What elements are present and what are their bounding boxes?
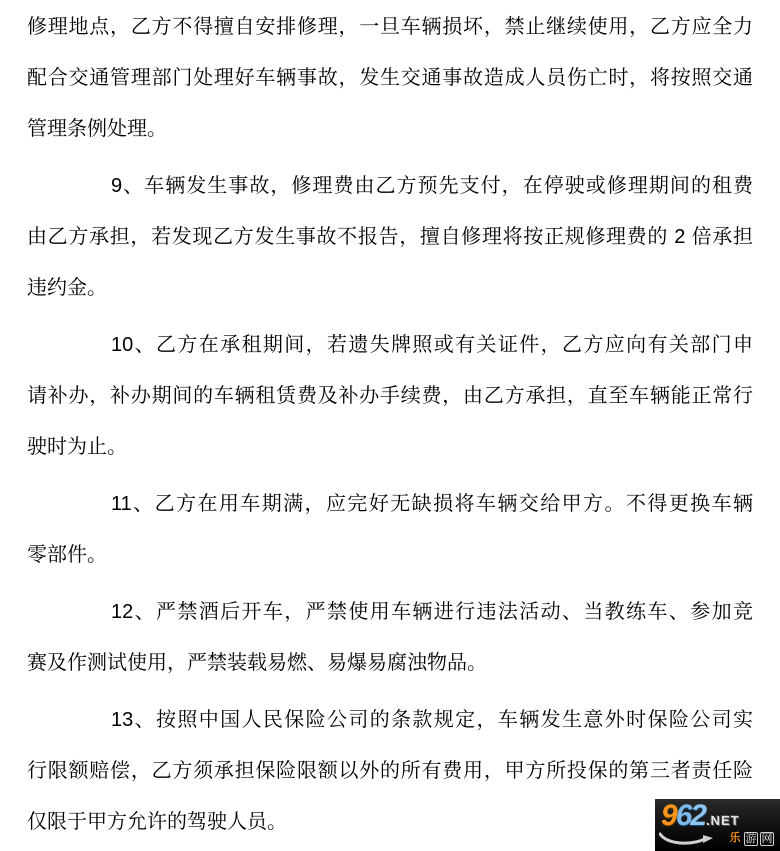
contract-line: 仅限于甲方允许的驾驶人员。 <box>27 797 753 848</box>
watermark-title-row: 962 .NET <box>655 799 780 831</box>
swoosh-arrow-icon <box>659 832 715 847</box>
contract-line: 配合交通管理部门处理好车辆事故，发生交通事故造成人员伤亡时，将按照交通 <box>27 53 753 104</box>
watermark-digit: 6 <box>676 799 691 832</box>
watermark-site-name-char: 游 <box>744 832 758 846</box>
contract-line: 驶时为止。 <box>27 422 753 473</box>
contract-line: 修理地点，乙方不得擅自安排修理，一旦车辆损坏，禁止继续使用，乙方应全力 <box>27 2 753 53</box>
document-page: 修理地点，乙方不得擅自安排修理，一旦车辆损坏，禁止继续使用，乙方应全力 配合交通… <box>0 0 780 851</box>
watermark-digit: 2 <box>690 799 705 832</box>
contract-line: 赛及作测试使用，严禁装载易燃、易爆易腐浊物品。 <box>27 638 753 689</box>
watermark-tld: .NET <box>706 813 740 828</box>
contract-paragraph-clause-9: 9、车辆发生事故，修理费由乙方预先支付，在停驶或修理期间的租费 由乙方承担，若发… <box>27 161 753 314</box>
contract-line: 9、车辆发生事故，修理费由乙方预先支付，在停驶或修理期间的租费 <box>27 161 753 212</box>
contract-text-body: 修理地点，乙方不得擅自安排修理，一旦车辆损坏，禁止继续使用，乙方应全力 配合交通… <box>0 0 780 848</box>
contract-line: 管理条例处理。 <box>27 104 753 155</box>
contract-paragraph-clause-12: 12、严禁酒后开车，严禁使用车辆进行违法活动、当教练车、参加竞 赛及作测试使用，… <box>27 587 753 689</box>
contract-line: 12、严禁酒后开车，严禁使用车辆进行违法活动、当教练车、参加竞 <box>27 587 753 638</box>
contract-line: 由乙方承担，若发现乙方发生事故不报告，擅自修理将按正规修理费的 2 倍承担 <box>27 212 753 263</box>
contract-paragraph-clause-11: 11、乙方在用车期满，应完好无缺损将车辆交给甲方。不得更换车辆 零部件。 <box>27 479 753 581</box>
watermark-number: 962 <box>661 800 705 831</box>
site-watermark-logo: 962 .NET 乐 游 网 <box>655 799 780 851</box>
watermark-site-name-char: 乐 <box>728 832 742 846</box>
watermark-site-name-char: 网 <box>760 832 774 846</box>
contract-paragraph: 修理地点，乙方不得擅自安排修理，一旦车辆损坏，禁止继续使用，乙方应全力 配合交通… <box>27 2 753 155</box>
contract-line: 请补办，补办期间的车辆租赁费及补办手续费，由乙方承担，直至车辆能正常行 <box>27 371 753 422</box>
contract-line: 10、乙方在承租期间，若遗失牌照或有关证件，乙方应向有关部门申 <box>27 320 753 371</box>
contract-line: 违约金。 <box>27 263 753 314</box>
contract-line: 13、按照中国人民保险公司的条款规定，车辆发生意外时保险公司实 <box>27 695 753 746</box>
contract-paragraph-clause-13: 13、按照中国人民保险公司的条款规定，车辆发生意外时保险公司实 行限额赔偿，乙方… <box>27 695 753 848</box>
contract-line: 零部件。 <box>27 530 753 581</box>
watermark-name-row: 乐 游 网 <box>655 831 780 849</box>
contract-line: 11、乙方在用车期满，应完好无缺损将车辆交给甲方。不得更换车辆 <box>27 479 753 530</box>
contract-line: 行限额赔偿，乙方须承担保险限额以外的所有费用，甲方所投保的第三者责任险 <box>27 746 753 797</box>
watermark-digit: 9 <box>661 799 676 832</box>
watermark-site-name: 乐 游 网 <box>728 832 774 846</box>
contract-paragraph-clause-10: 10、乙方在承租期间，若遗失牌照或有关证件，乙方应向有关部门申 请补办，补办期间… <box>27 320 753 473</box>
